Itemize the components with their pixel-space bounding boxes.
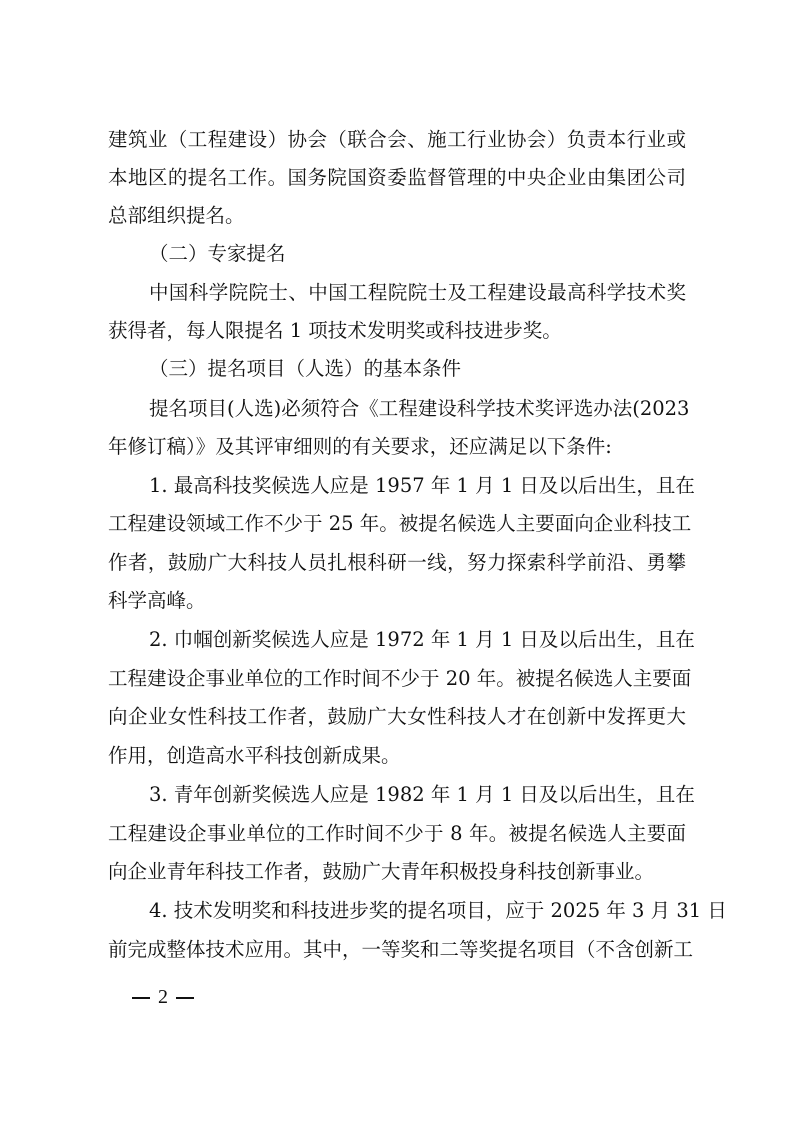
list-item-4: 4. 技术发明奖和科技进步奖的提名项目，应于 2025 年 3 月 31 日 — [149, 896, 686, 926]
body-line: 工程建设领域工作不少于 25 年。被提名候选人主要面向企业科技工 — [108, 509, 686, 539]
body-line: 总部组织提名。 — [108, 201, 686, 231]
list-item-2: 2. 巾帼创新奖候选人应是 1972 年 1 月 1 日及以后出生，且在 — [149, 625, 686, 655]
body-line: 向企业青年科技工作者，鼓励广大青年积极投身科技创新事业。 — [108, 857, 686, 887]
body-line: 本地区的提名工作。国务院国资委监督管理的中央企业由集团公司 — [108, 163, 686, 193]
page-number-value: 2 — [158, 986, 168, 1008]
dash-right — [176, 997, 194, 999]
body-line: 建筑业（工程建设）协会（联合会、施工行业协会）负责本行业或 — [108, 125, 686, 155]
dash-left — [132, 997, 150, 999]
body-line: 向企业女性科技工作者，鼓励广大女性科技人才在创新中发挥更大 — [108, 702, 686, 732]
body-line: 工程建设企事业单位的工作时间不少于 20 年。被提名候选人主要面 — [108, 664, 686, 694]
body-line: 作者，鼓励广大科技人员扎根科研一线，努力探索科学前沿、勇攀 — [108, 548, 686, 578]
body-line: 获得者，每人限提名 1 项技术发明奖或科技进步奖。 — [108, 316, 686, 346]
page-number: 2 — [124, 982, 202, 1012]
section-heading-basic-conditions: （三）提名项目（人选）的基本条件 — [149, 354, 686, 384]
body-line: 科学高峰。 — [108, 586, 686, 616]
section-heading-expert-nomination: （二）专家提名 — [149, 239, 686, 269]
body-line: 年修订稿）》及其评审细则的有关要求，还应满足以下条件: — [108, 432, 686, 462]
body-line: 工程建设企事业单位的工作时间不少于 8 年。被提名候选人主要面 — [108, 819, 686, 849]
body-line: 中国科学院院士、中国工程院院士及工程建设最高科学技术奖 — [149, 278, 686, 308]
body-line: 提名项目(人选)必须符合《工程建设科学技术奖评选办法(2023 — [149, 394, 686, 424]
list-item-1: 1. 最高科技奖候选人应是 1957 年 1 月 1 日及以后出生，且在 — [149, 471, 686, 501]
body-line: 前完成整体技术应用。其中，一等奖和二等奖提名项目（不含创新工 — [108, 935, 686, 965]
list-item-3: 3. 青年创新奖候选人应是 1982 年 1 月 1 日及以后出生，且在 — [149, 780, 686, 810]
body-line: 作用，创造高水平科技创新成果。 — [108, 741, 686, 771]
document-page: 建筑业（工程建设）协会（联合会、施工行业协会）负责本行业或 本地区的提名工作。国… — [0, 0, 794, 1123]
